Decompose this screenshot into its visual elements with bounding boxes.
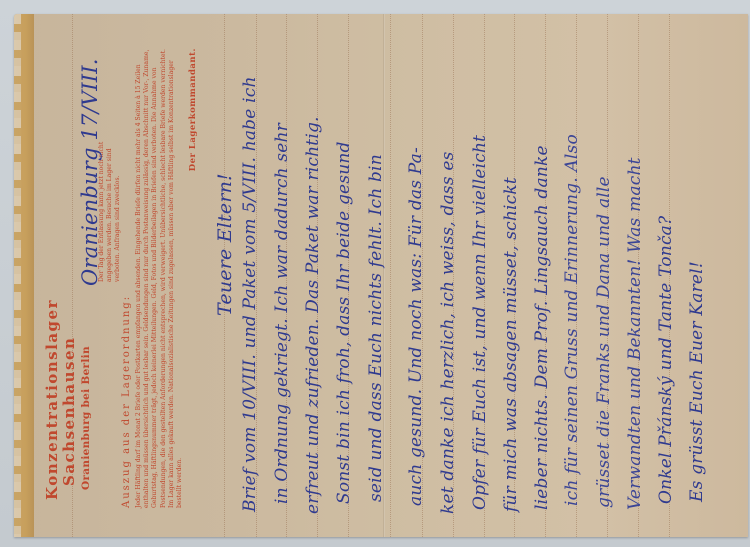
letter-line: Sonst bin ich froh, dass Ihr beide gesun… [334,141,354,504]
letter-line: ket danke ich herzlich, ich weiss, dass … [438,151,458,514]
letter-signoff: Es grüsst Euch Euer Karel! [687,261,707,502]
letter-line: grüsset die Franks und Dana und alle [594,176,614,508]
camp-header: Konzentrationslager Sachsenhausen Oranie… [44,300,92,500]
camp-name-line2: Sachsenhausen [61,300,78,500]
camp-location: Oranienburg bei Berlin [80,300,92,500]
camp-name-line1: Konzentrationslager [44,300,61,500]
glued-edge-strip [14,14,34,537]
letter-line: in Ordnung gekriegt. Ich war dadurch seh… [272,123,292,504]
camp-rules: Auszug aus der Lagerordnung: Jeder Häftl… [121,48,198,508]
handwritten-greeting: Teuere Eltern! [214,173,236,316]
letter-line: Onkel Přánský und Tante Tonča? [656,216,676,504]
letter-line: erfreut und zufrieden. Das Paket war ric… [303,116,323,514]
letter-sheet: Konzentrationslager Sachsenhausen Oranie… [14,14,748,537]
letter-line: Brief vom 10/VIII. und Paket vom 5/VIII.… [240,76,260,512]
commandant-signature: Der Lagerkommandant. [188,48,198,508]
ruled-line [390,14,391,537]
letter-line: auch gesund. Und noch was: Für das Pa- [406,147,426,506]
rules-heading: Auszug aus der Lagerordnung: [121,48,132,508]
rules-text: Jeder Häftling darf im Monat 2 Briefe od… [135,48,184,508]
letter-line: seid und dass Euch nichts fehlt. Ich bin [366,154,386,502]
letter-line: ich für seinen Gruss und Erinnerung. Als… [562,134,582,506]
letter-line: Verwandten und Bekannten! Was macht [625,157,645,510]
letter-line: Opfer für Euch ist, und wenn Ihr viellei… [470,135,490,510]
letter-line: lieber nichts. Dem Prof. Lingsauch danke [532,145,552,510]
handwritten-place-date: Oranienburg 17/VIII. [78,58,102,286]
letter-line: für mich was absagen müsset, schickt [501,177,521,512]
